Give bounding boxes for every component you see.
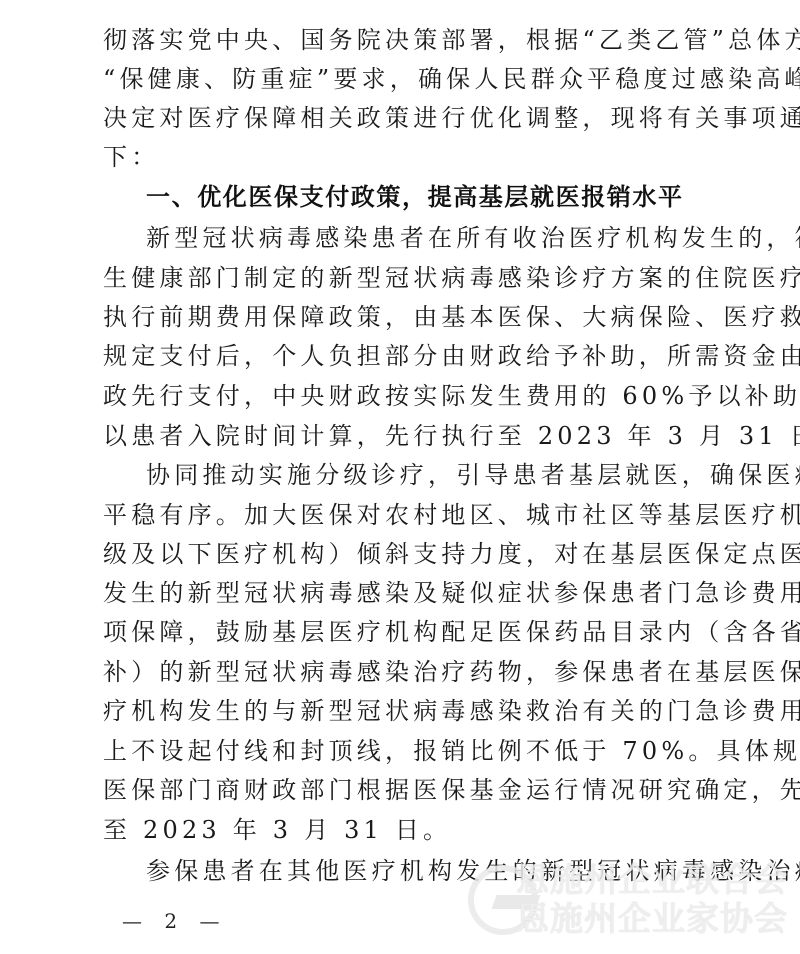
paragraph-2-line: 级及以下医疗机构）倾斜支持力度，对在基层医保定点医疗机构 xyxy=(103,539,703,569)
watermark: 恩施州企业联合会 恩施州企业家协会 xyxy=(468,855,798,945)
watermark-line-2: 恩施州企业家协会 xyxy=(516,900,788,938)
paragraph-2-line: 补）的新型冠状病毒感染治疗药物，参保患者在基层医保定点医 xyxy=(103,657,703,687)
paragraph-2-line: 协同推动实施分级诊疗，引导患者基层就医，确保医疗服务 xyxy=(146,460,746,490)
paragraph-2-line: 项保障，鼓励基层医疗机构配足医保药品目录内（含各省临时增 xyxy=(103,617,703,647)
paragraph-2-line: 上不设起付线和封顶线，报销比例不低于 70%。具体规定由地方 xyxy=(103,736,703,766)
page-number: — 2 — xyxy=(122,906,227,936)
paragraph-1-line: 规定支付后，个人负担部分由财政给予补助，所需资金由地方财 xyxy=(103,341,703,371)
paragraph-2-line: 医保部门商财政部门根据医保基金运行情况研究确定，先行执行 xyxy=(103,775,703,805)
intro-line-4: 下： xyxy=(103,142,703,172)
paragraph-1-line: 政先行支付，中央财政按实际发生费用的 60%予以补助。该政策 xyxy=(103,381,703,411)
paragraph-2-line: 平稳有序。加大医保对农村地区、城市社区等基层医疗机构（二 xyxy=(103,500,703,530)
paragraph-1-line: 执行前期费用保障政策，由基本医保、大病保险、医疗救助等按 xyxy=(103,302,703,332)
paragraph-1-line: 新型冠状病毒感染患者在所有收治医疗机构发生的，符合卫 xyxy=(146,223,746,253)
intro-line-2: “保健康、防重症”要求，确保人民群众平稳度过感染高峰期， xyxy=(103,64,703,94)
paragraph-2-line: 发生的新型冠状病毒感染及疑似症状参保患者门急诊费用实施专 xyxy=(103,578,703,608)
intro-line-3: 决定对医疗保障相关政策进行优化调整，现将有关事项通知如 xyxy=(103,103,703,133)
paragraph-2-line: 至 2023 年 3 月 31 日。 xyxy=(103,815,703,845)
paragraph-1-line: 生健康部门制定的新型冠状病毒感染诊疗方案的住院医疗费用， xyxy=(103,263,703,293)
watermark-line-1: 恩施州企业联合会 xyxy=(516,861,788,899)
intro-line-1: 彻落实党中央、国务院决策部署，根据“乙类乙管”总体方案 xyxy=(103,25,703,55)
section-heading: 一、优化医保支付政策，提高基层就医报销水平 xyxy=(146,182,684,212)
paragraph-2-line: 疗机构发生的与新型冠状病毒感染救治有关的门急诊费用，原则 xyxy=(103,696,703,726)
paragraph-1-line: 以患者入院时间计算，先行执行至 2023 年 3 月 31 日。 xyxy=(103,421,703,451)
document-page: 彻落实党中央、国务院决策部署，根据“乙类乙管”总体方案 “保健康、防重症”要求，… xyxy=(0,0,800,954)
